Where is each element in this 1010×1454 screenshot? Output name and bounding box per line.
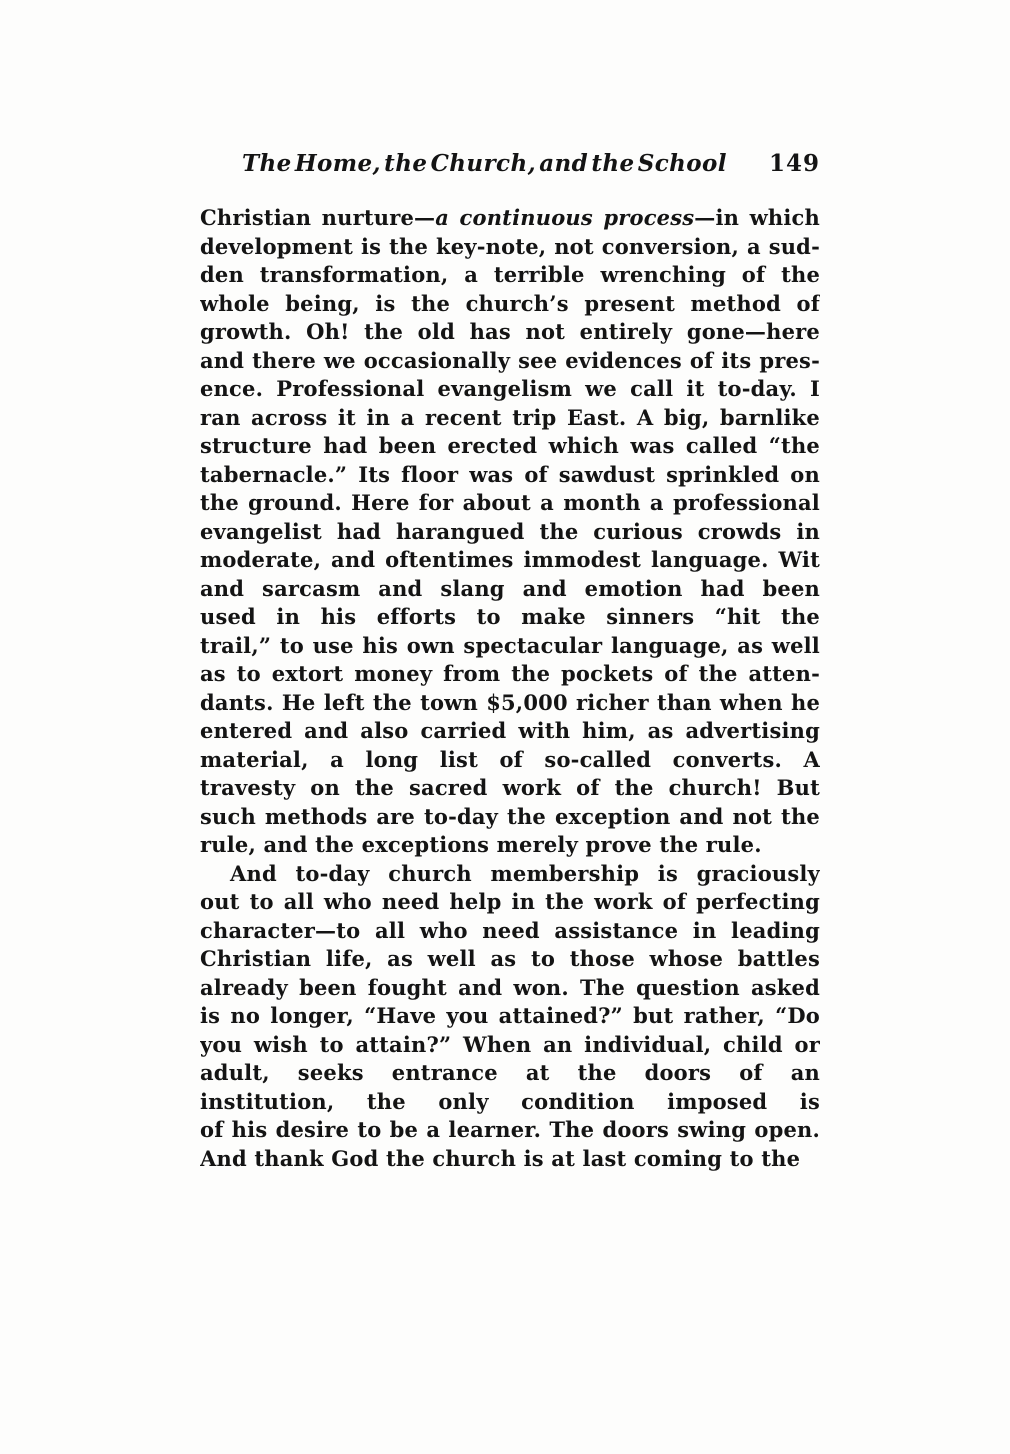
text-line: And thank God the church is at last comi… — [200, 1145, 820, 1174]
text-line: development is the key-note, not convers… — [200, 233, 820, 262]
text-line: travesty on the sacred work of the churc… — [200, 774, 820, 803]
text-segment: Christian life, as well as to those whos… — [200, 946, 820, 974]
text-segment: den transformation, a terrible wrenching… — [200, 262, 820, 287]
text-segment: travesty on the sacred work of the churc… — [200, 775, 820, 800]
page-number: 149 — [769, 150, 820, 177]
text-segment: you wish to attain?” When an individual,… — [200, 1032, 820, 1057]
text-segment: dants. He left the town $5,000 richer th… — [200, 690, 820, 715]
text-line: tabernacle.” Its floor was of sawdust sp… — [200, 461, 820, 490]
text-line: character—to all who need assistance in … — [200, 917, 820, 946]
text-line: institution, the only condition imposed … — [200, 1088, 820, 1117]
text-line: is no longer, “Have you attained?” but r… — [200, 1002, 820, 1031]
text-segment: material, a long list of so-called conve… — [200, 747, 820, 772]
text-segment: rule, and the exceptions merely prove th… — [200, 832, 762, 857]
text-segment: out to all who need help in the work of … — [200, 889, 820, 914]
text-line: material, a long list of so-called conve… — [200, 746, 820, 775]
text-line: dants. He left the town $5,000 richer th… — [200, 689, 820, 718]
running-title: TheHome,theChurch,andtheSchool — [200, 150, 769, 177]
text-line: moderate, and oftentimes immodest langua… — [200, 546, 820, 575]
text-segment: institution, the only condition imposed … — [200, 1089, 820, 1117]
text-line: Christian nurture—a continuous process—i… — [200, 204, 820, 233]
text-line: of his desire to be a learner. The doors… — [200, 1116, 820, 1145]
running-title-word: Home, — [295, 150, 381, 177]
text-line: Christian life, as well as to those whos… — [200, 945, 820, 974]
text-line: used in his efforts to make sinners “hit… — [200, 603, 820, 632]
text-line: ran across it in a recent trip East. A b… — [200, 404, 820, 433]
text-line: already been fought and won. The questio… — [200, 974, 820, 1003]
text-line: whole being, is the church’s present met… — [200, 290, 820, 319]
text-segment: evangelist had harangued the curious cro… — [200, 519, 820, 547]
running-title-word: and — [539, 150, 588, 177]
italic-text: a continuous process — [435, 205, 694, 230]
text-segment: moderate, and oftentimes immodest langua… — [200, 547, 820, 572]
text-line: as to extort money from the pockets of t… — [200, 660, 820, 689]
text-segment: ran across it in a recent trip East. A b… — [200, 405, 820, 430]
text-segment: and there we occasionally see evidences … — [200, 348, 820, 373]
text-segment: structure had been erected which was cal… — [200, 433, 820, 458]
text-segment: —in which — [694, 205, 820, 230]
text-line: ence. Professional evangelism we call it… — [200, 375, 820, 404]
text-segment: adult, seeks entrance at the doors of an… — [200, 1060, 820, 1088]
running-title-word: School — [638, 150, 727, 177]
text-segment: used in his efforts to make sinners “hit… — [200, 604, 820, 632]
running-title-word: the — [591, 150, 634, 177]
text-line: growth. Oh! the old has not entirely gon… — [200, 318, 820, 347]
running-title-word: The — [242, 150, 292, 177]
text-segment: tabernacle.” Its floor was of sawdust sp… — [200, 462, 820, 487]
text-segment: growth. Oh! the old has not entirely gon… — [200, 319, 820, 344]
text-segment: Christian nurture— — [200, 205, 435, 230]
text-segment: is no longer, “Have you attained?” but r… — [200, 1003, 820, 1028]
text-line: such methods are to-day the exception an… — [200, 803, 820, 832]
paragraph: Christian nurture—a continuous process—i… — [200, 204, 820, 860]
text-line: adult, seeks entrance at the doors of an… — [200, 1059, 820, 1088]
text-line: out to all who need help in the work of … — [200, 888, 820, 917]
running-title-word: the — [384, 150, 427, 177]
text-line: and there we occasionally see evidences … — [200, 347, 820, 376]
text-segment: entered and also carried with him, as ad… — [200, 718, 820, 743]
text-segment: of his desire to be a learner. The doors… — [200, 1117, 820, 1142]
paragraph: And to-day church membership is gracious… — [200, 860, 820, 1174]
body-text: Christian nurture—a continuous process—i… — [200, 204, 820, 1173]
text-line: you wish to attain?” When an individual,… — [200, 1031, 820, 1060]
text-segment: And to-day church membership is gracious… — [230, 861, 820, 889]
text-line: entered and also carried with him, as ad… — [200, 717, 820, 746]
text-line: rule, and the exceptions merely prove th… — [200, 831, 820, 860]
text-line: structure had been erected which was cal… — [200, 432, 820, 461]
text-line: And to-day church membership is gracious… — [200, 860, 820, 889]
text-segment: And thank God the church is at last comi… — [200, 1146, 800, 1171]
page-header: TheHome,theChurch,andtheSchool 149 — [200, 150, 820, 177]
text-segment: development is the key-note, not convers… — [200, 234, 820, 259]
text-segment: the ground. Here for about a month a pro… — [200, 490, 820, 515]
text-line: the ground. Here for about a month a pro… — [200, 489, 820, 518]
text-segment: trail,” to use his own spectacular langu… — [200, 633, 820, 658]
text-line: den transformation, a terrible wrenching… — [200, 261, 820, 290]
running-title-word: Church, — [431, 150, 536, 177]
text-segment: as to extort money from the pockets of t… — [200, 661, 820, 686]
text-line: trail,” to use his own spectacular langu… — [200, 632, 820, 661]
text-segment: such methods are to-day the exception an… — [200, 804, 820, 829]
text-segment: and sarcasm and slang and emotion had be… — [200, 576, 820, 604]
text-segment: already been fought and won. The questio… — [200, 975, 820, 1000]
text-segment: whole being, is the church’s present met… — [200, 291, 820, 316]
text-line: and sarcasm and slang and emotion had be… — [200, 575, 820, 604]
book-page-scan: TheHome,theChurch,andtheSchool 149 Chris… — [0, 0, 1010, 1454]
text-line: evangelist had harangued the curious cro… — [200, 518, 820, 547]
text-segment: ence. Professional evangelism we call it… — [200, 376, 820, 401]
text-segment: character—to all who need assistance in … — [200, 918, 820, 946]
